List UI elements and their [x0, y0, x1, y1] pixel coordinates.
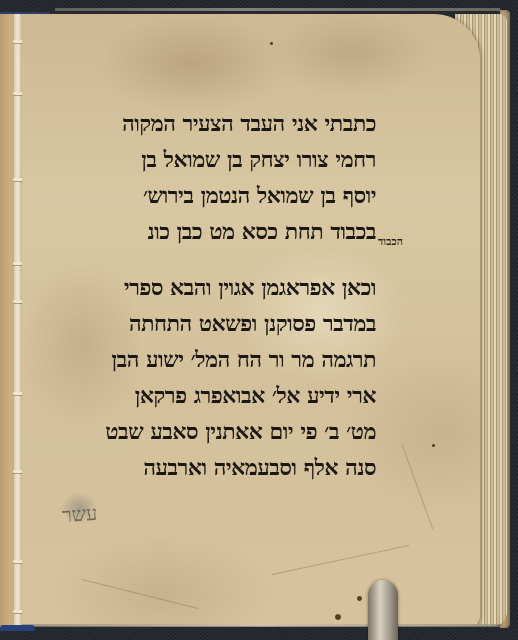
text-line: סנה אלף וסבעמאיה וארבעה: [56, 450, 376, 486]
text-line: ארי ידיע אל׳ אבואפרג פרקאן: [56, 378, 376, 414]
text-line: בכבוד תחת כסא מט כבן כונ: [56, 214, 376, 250]
manuscript-page: כתבתי אני העבד הצעיר המקוה רחמי צורו יצח…: [22, 14, 480, 626]
text-line: תרגמה מר ור הח המל׳ ישוע הבן: [56, 342, 376, 378]
page-weight-snake: [368, 580, 398, 640]
marginal-correction: עשר: [61, 501, 98, 528]
stain-spot: [335, 614, 341, 620]
crease: [82, 579, 199, 609]
binding-bottom-edge: [22, 624, 502, 627]
text-line: מט׳ ב׳ פי יום אאתנין סאבע שבט: [56, 414, 376, 450]
ink-spot: [270, 42, 273, 45]
text-line: יוסף בן שמואל הנטמן בירוש׳: [56, 178, 376, 214]
crease: [402, 444, 434, 529]
endband-bottom: [0, 625, 35, 631]
ink-spot: [432, 444, 435, 447]
text-line: רחמי צורו יצחק בן שמואל בן: [56, 142, 376, 178]
colophon-text: כתבתי אני העבד הצעיר המקוה רחמי צורו יצח…: [56, 106, 376, 486]
text-line: וכאן אפראגמן אגוין והבא ספרי: [56, 270, 376, 306]
binding-top-edge: [55, 8, 500, 11]
stain-spot: [357, 596, 362, 601]
crease: [272, 545, 409, 575]
marginal-note-right: הכבוד: [378, 235, 403, 248]
text-line: במדבר פסוקנן ופשאט התחתה: [56, 306, 376, 342]
text-line: כתבתי אני העבד הצעיר המקוה: [56, 106, 376, 142]
